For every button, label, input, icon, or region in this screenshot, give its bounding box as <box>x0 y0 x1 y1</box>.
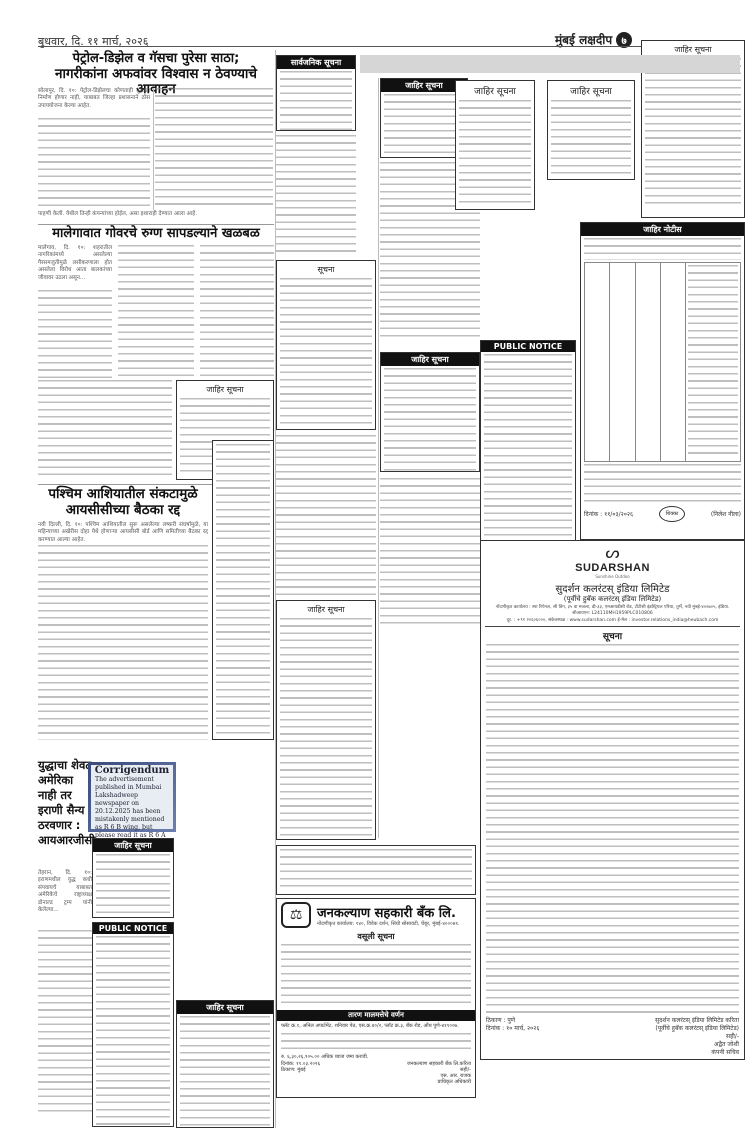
sudarshan-place-date: ठिकाण : पुणे दिनांक : १० मार्च, २०२६ <box>486 1016 539 1056</box>
headline-line: नाही तर <box>38 788 92 803</box>
notice-column-text <box>276 135 356 255</box>
notice-body <box>216 444 270 736</box>
notice-intro <box>584 238 741 260</box>
collateral-property: फ्लॅट क्र.१, अनिल अपार्टमेंट, शनिवार पेठ… <box>277 1021 475 1032</box>
gray-band <box>360 55 740 73</box>
sudarshan-section-title: सूचना <box>481 629 744 642</box>
article-body-col3 <box>200 245 274 378</box>
date: दिनांक: ११.०३.२०२६ <box>281 1061 320 1067</box>
masthead-rule <box>38 46 738 47</box>
corrigendum-box: Corrigendum The advertisement published … <box>88 762 176 832</box>
notice-title: जाहिर सूचना <box>93 839 173 852</box>
notice-column-text-2 <box>276 435 376 595</box>
headline-iran: युद्धाचा शेवट अमेरिका नाही तर इराणी सैन्… <box>38 758 92 848</box>
notice-body <box>584 464 741 504</box>
notice-title: जाहिर सूचना <box>177 381 273 398</box>
notice-title: जाहिर नोटीस <box>581 223 744 236</box>
article-dateline: सोलापूर, दि. १०: पेट्रोल-डिझेलचा कोणताही… <box>38 88 150 110</box>
article-closing: पाहणी केली. येथील तिन्ही कंपन्यांच्या हो… <box>38 211 274 218</box>
notice-body <box>645 58 741 208</box>
notice-title: जाहिर सूचना <box>177 1001 273 1014</box>
column-separator <box>378 78 379 838</box>
notice-box-jahir-2: जाहिर सूचना <box>92 838 174 918</box>
notice-jahir-mid: जाहिर सूचना <box>455 80 535 210</box>
sudarshan-name: सुदर्शन कलरंटस् इंडिया लिमिटेड <box>481 581 744 595</box>
seal: शिक्का <box>659 506 685 522</box>
table-col-names <box>686 263 740 461</box>
bank-body <box>281 944 471 1008</box>
sudarshan-signoff: सुदर्शन कलरंटस् इंडिया लिमिटेड करिता (पू… <box>655 1016 739 1056</box>
headline-malegaon: मालेगावात गोवरचे रुग्ण सापडल्याने खळबळ <box>38 227 274 242</box>
notice-column-narrow <box>212 440 274 740</box>
article-body <box>38 545 208 740</box>
headline-line: युद्धाचा शेवट <box>38 758 92 773</box>
sudarshan-logo-text: SUDARSHAN <box>481 562 744 574</box>
article-dateline: तेहरान, दि. १०: इराणमधील युद्ध कधी संपवा… <box>38 870 92 914</box>
notice-body <box>459 100 531 208</box>
bank-body-2 <box>281 1033 471 1053</box>
sudarshan-logo-icon: ᔕ <box>481 543 744 562</box>
headline-line: ठरवणार : <box>38 818 92 833</box>
notice-col3-jahir: जाहिर सूचना <box>380 352 480 472</box>
table-names-text <box>688 265 738 455</box>
article-body-col2 <box>118 245 194 378</box>
bank-date-place: दिनांक: ११.०३.२०२६ ठिकाण: मुंबई <box>281 1061 320 1085</box>
signoff: जनकल्याण सहकारी बँक लि.करिता <box>407 1061 471 1067</box>
corrigendum-inner: Corrigendum The advertisement published … <box>91 765 173 829</box>
notice-signoff: (निलेश नीला) <box>711 510 741 518</box>
headline-line: आयआरजीसी <box>38 833 92 848</box>
notice-list-box <box>276 845 476 895</box>
notice-body <box>384 368 476 472</box>
article-body-col2 <box>155 88 273 210</box>
place: ठिकाण: मुंबई <box>281 1067 320 1073</box>
notice-body <box>180 1016 270 1128</box>
notice-title: जाहिर सूचना <box>548 81 634 100</box>
schedule-table <box>584 262 741 462</box>
jahir-notice-table-box: जाहिर नोटीस दिनांक : ११/०३/२०२६ शिक्का (… <box>580 222 745 540</box>
article-body-continued <box>38 380 172 480</box>
notice-suchana: सूचना <box>276 260 376 430</box>
article-body <box>38 930 92 1115</box>
notice-body <box>484 354 572 566</box>
notice-body <box>96 936 170 1126</box>
janakalyan-notice: ⚖ जनकल्याण सहकारी बँक लि. नोंदणीकृत कार्… <box>276 898 476 1098</box>
sudarshan-footer: ठिकाण : पुणे दिनांक : १० मार्च, २०२६ सुद… <box>481 1016 744 1056</box>
bank-name-block: जनकल्याण सहकारी बँक लि. नोंदणीकृत कार्या… <box>317 903 460 928</box>
sudarshan-former: (पूर्वीचे हुबॅक कलरंटस् इंडिया लिमिटेड) <box>481 595 744 604</box>
signatory: अद्वैत जोशी <box>655 1040 739 1048</box>
date: दिनांक : १० मार्च, २०२६ <box>486 1024 539 1032</box>
notice-date: दिनांक : ११/०३/२०२६ <box>584 510 633 518</box>
sd: सही/- <box>655 1032 739 1040</box>
sudarshan-tagline: Sunshine Outdoo <box>481 574 744 579</box>
table-col <box>585 263 610 461</box>
bank-header: ⚖ जनकल्याण सहकारी बँक लि. नोंदणीकृत कार्… <box>277 899 475 931</box>
headline-line: पेट्रोल-डिझेल व गॅसचा पुरेसा साठा; <box>38 52 274 67</box>
notice-body <box>280 278 372 426</box>
notice-title: वसूली सूचना <box>277 931 475 942</box>
signoff-former: (पूर्वीचे हुबॅक कलरंटस् इंडिया लिमिटेड) <box>655 1024 739 1032</box>
sudarshan-address: नोंदणीकृत कार्यालय : स्पा रिपेनल, सी विं… <box>481 604 744 618</box>
headline-line: इराणी सैन्य <box>38 803 92 818</box>
notice-body <box>280 618 372 836</box>
article-body-col1 <box>38 290 112 378</box>
notice-jahir-right: जाहिर सूचना <box>547 80 635 180</box>
notice-title: जाहिर सूचना <box>381 353 479 366</box>
table-col <box>636 263 661 461</box>
sudarshan-contact: दूर. : +९१ २०६०६०००, संकेतस्थळ : www.sud… <box>481 618 744 624</box>
notice-title: सार्वजनिक सूचना <box>277 56 355 69</box>
designation: कंपनी सचिव <box>655 1048 739 1056</box>
notice-footer: दिनांक : ११/०३/२०२६ शिक्का (निलेश नीला) <box>581 506 744 522</box>
notice-box-bottom-left: जाहिर सूचना <box>176 1000 274 1128</box>
article-dateline: नवी दिल्ली, दि. १०: पश्चिम आशियातील सुरू… <box>38 522 208 544</box>
headline-line: आयसीसीच्या बैठका रद्द <box>38 503 208 519</box>
table-col <box>610 263 635 461</box>
notice-body <box>280 71 352 131</box>
bank-footer: दिनांक: ११.०३.२०२६ ठिकाण: मुंबई जनकल्याण… <box>277 1060 475 1086</box>
notice-body <box>551 100 631 178</box>
bank-address: नोंदणीकृत कार्यालय: १४०, विवेक दर्शन, सि… <box>317 921 460 928</box>
divider <box>38 224 274 225</box>
bank-logo-icon: ⚖ <box>281 902 311 928</box>
public-notice-left: PUBLIC NOTICE <box>92 922 174 1127</box>
notice-col3-text-2 <box>380 478 480 628</box>
column-separator <box>275 50 276 1128</box>
signoff-company: सुदर्शन कलरंटस् इंडिया लिमिटेड करिता <box>655 1016 739 1024</box>
notice-body <box>280 849 472 891</box>
bank-name: जनकल्याण सहकारी बँक लि. <box>317 903 460 921</box>
collateral-title: तारण मालमत्तेचे वर्णन <box>277 1010 475 1021</box>
headline-icc: पश्चिम आशियातील संकटामुळे आयसीसीच्या बैठ… <box>38 487 208 518</box>
divider <box>485 626 740 627</box>
sudarshan-notice: ᔕ SUDARSHAN Sunshine Outdoo सुदर्शन कलरं… <box>480 540 745 1060</box>
designation: प्राधिकृत अधिकारी <box>407 1079 471 1085</box>
place: ठिकाण : पुणे <box>486 1016 539 1024</box>
notice-title: PUBLIC NOTICE <box>481 341 575 352</box>
headline-line: पश्चिम आशियातील संकटामुळे <box>38 487 208 503</box>
article-body-col1 <box>38 118 150 210</box>
table-col <box>661 263 686 461</box>
sudarshan-body <box>486 644 739 1014</box>
notice-body <box>96 854 170 918</box>
notice-title: PUBLIC NOTICE <box>93 923 173 934</box>
column-separator <box>153 88 154 210</box>
headline-line: अमेरिका <box>38 773 92 788</box>
bank-signoff: जनकल्याण सहकारी बँक लि.करिता सही/- एस. आ… <box>407 1061 471 1085</box>
corrigendum-title: Corrigendum <box>91 765 173 776</box>
notice-sarvajanik: सार्वजनिक सूचना <box>276 55 356 131</box>
notice-title: जाहिर सूचना <box>456 81 534 100</box>
notice-body <box>384 94 464 158</box>
notice-title: सूचना <box>277 261 375 278</box>
notice-title: जाहिर सूचना <box>277 601 375 618</box>
notice-jahir-col2: जाहिर सूचना <box>276 600 376 840</box>
article-dateline: मालेगाव, दि. १०: शहरातील नागरिकांमध्ये अ… <box>38 245 112 282</box>
